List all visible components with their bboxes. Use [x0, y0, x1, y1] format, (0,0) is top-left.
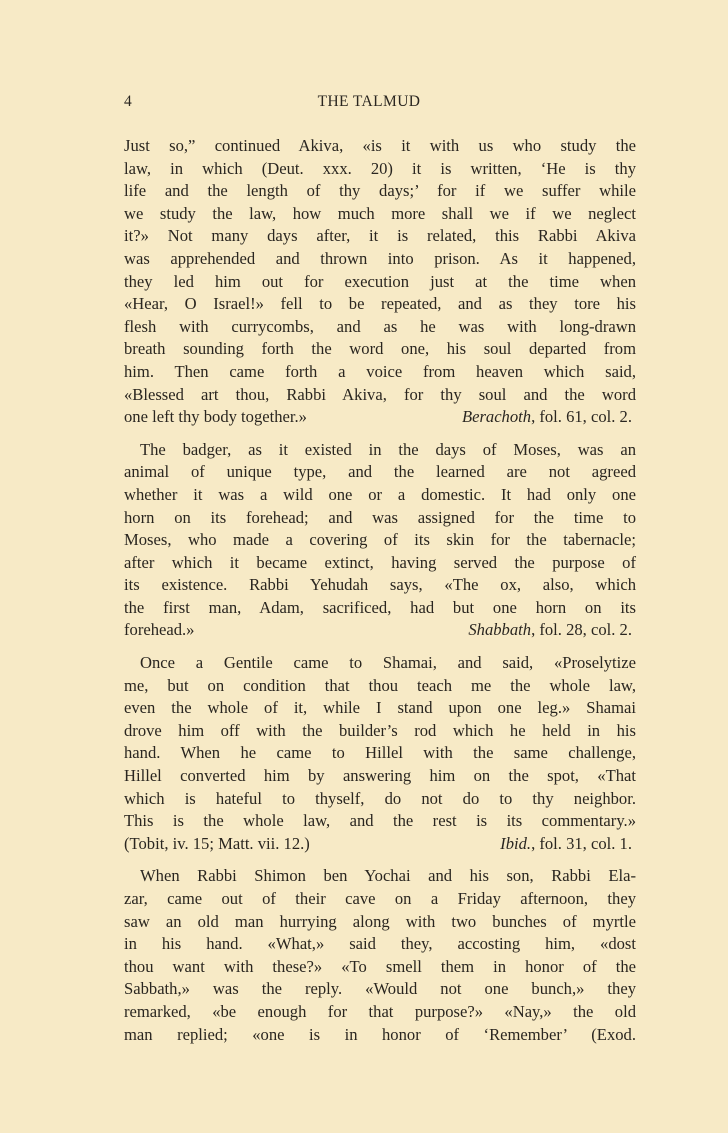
citation: Berachoth, fol. 61, col. 2.: [462, 406, 636, 429]
citation-ref: , fol. 61, col. 2.: [531, 407, 632, 426]
text-line: remarked, «be enough for that purpose?» …: [124, 1001, 636, 1024]
citation-line: one left thy body together.» Berachoth, …: [124, 406, 636, 429]
text-line: (Tobit, iv. 15; Matt. vii. 12.): [124, 833, 310, 856]
text-line: drove him off with the builder’s rod whi…: [124, 720, 636, 743]
text-line: its existence. Rabbi Yehudah says, «The …: [124, 574, 636, 597]
text-line: «Blessed art thou, Rabbi Akiva, for thy …: [124, 384, 636, 407]
text-line: Just so,” continued Akiva, «is it with u…: [124, 135, 636, 158]
text-line: thou want with these?» «To smell them in…: [124, 956, 636, 979]
text-line: The badger, as it existed in the days of…: [140, 439, 636, 462]
text-line: Hillel converted him by answering him on…: [124, 765, 636, 788]
text-line: the first man, Adam, sacrificed, had but…: [124, 597, 636, 620]
text-line: in his hand. «What,» said they, accostin…: [124, 933, 636, 956]
text-line: This is the whole law, and the rest is i…: [124, 810, 636, 833]
text-line: animal of unique type, and the learned a…: [124, 461, 636, 484]
text-line: whether it was a wild one or a domestic.…: [124, 484, 636, 507]
citation-ref: , fol. 28, col. 2.: [531, 620, 632, 639]
text-line: flesh with currycombs, and as he was wit…: [124, 316, 636, 339]
citation-line: (Tobit, iv. 15; Matt. vii. 12.) Ibid., f…: [124, 833, 636, 856]
paragraph-myrtle: When Rabbi Shimon ben Yochai and his son…: [124, 865, 636, 1046]
text-line: zar, came out of their cave on a Friday …: [124, 888, 636, 911]
text-line: was apprehended and thrown into prison. …: [124, 248, 636, 271]
text-line: life and the length of thy days;’ for if…: [124, 180, 636, 203]
citation-source: Ibid.: [500, 834, 531, 853]
text-line: forehead.»: [124, 619, 194, 642]
citation-source: Shabbath: [468, 620, 531, 639]
running-head: 4 THE TALMUD: [124, 93, 636, 113]
text-line: him. Then came forth a voice from heaven…: [124, 361, 636, 384]
citation: Shabbath, fol. 28, col. 2.: [468, 619, 636, 642]
citation-source: Berachoth: [462, 407, 531, 426]
text-line: after which it became extinct, having se…: [124, 552, 636, 575]
text-line: When Rabbi Shimon ben Yochai and his son…: [140, 865, 636, 888]
text-line: they led him out for execution just at t…: [124, 271, 636, 294]
text-line: man replied; «one is in honor of ‘Rememb…: [124, 1024, 636, 1047]
paragraph-badger: The badger, as it existed in the days of…: [124, 439, 636, 642]
text-line: hand. When he came to Hillel with the sa…: [124, 742, 636, 765]
citation-ref: , fol. 31, col. 1.: [531, 834, 632, 853]
text-line: «Hear, O Israel!» fell to be repeated, a…: [124, 293, 636, 316]
text-line: horn on its forehead; and was assigned f…: [124, 507, 636, 530]
text-line: law, in which (Deut. xxx. 20) it is writ…: [124, 158, 636, 181]
text-line: which is hateful to thyself, do not do t…: [124, 788, 636, 811]
text-line: Moses, who made a covering of its skin f…: [124, 529, 636, 552]
text-line: it?» Not many days after, it is related,…: [124, 225, 636, 248]
text-line: we study the law, how much more shall we…: [124, 203, 636, 226]
paragraph-hillel: Once a Gentile came to Shamai, and said,…: [124, 652, 636, 855]
text-line: Once a Gentile came to Shamai, and said,…: [140, 652, 636, 675]
text-line: me, but on condition that thou teach me …: [124, 675, 636, 698]
citation-line: forehead.» Shabbath, fol. 28, col. 2.: [124, 619, 636, 642]
text-line: one left thy body together.»: [124, 406, 307, 429]
running-title: THE TALMUD: [124, 93, 614, 111]
text-line: saw an old man hurrying along with two b…: [124, 911, 636, 934]
text-line: even the whole of it, while I stand upon…: [124, 697, 636, 720]
body-text: Just so,” continued Akiva, «is it with u…: [124, 135, 636, 1046]
paragraph-akiva: Just so,” continued Akiva, «is it with u…: [124, 135, 636, 429]
citation: Ibid., fol. 31, col. 1.: [500, 833, 636, 856]
text-line: breath sounding forth the word one, his …: [124, 338, 636, 361]
text-line: Sabbath,» was the reply. «Would not one …: [124, 978, 636, 1001]
